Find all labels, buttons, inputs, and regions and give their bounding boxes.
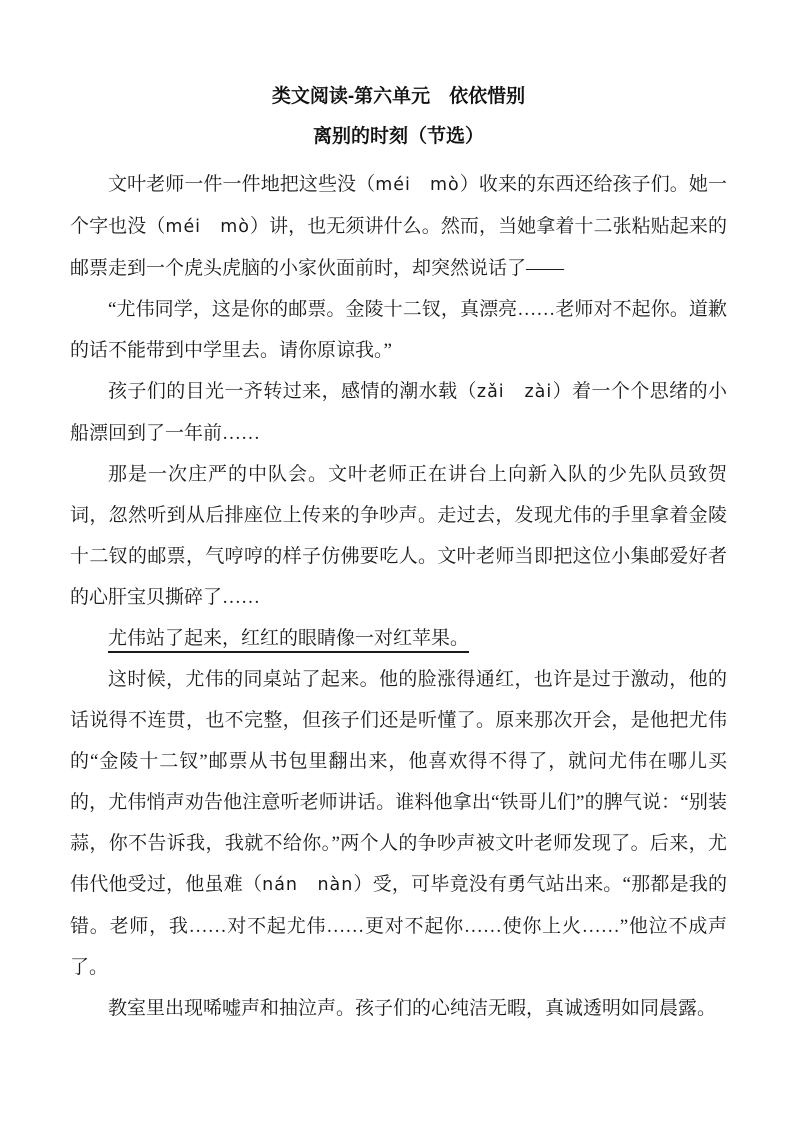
pinyin-annotation: méi [165,217,201,237]
article-title: 类文阅读-第六单元 依依惜别 [70,86,727,108]
article-paragraph: 文叶老师一件一件地把这些没（méi mò）收来的东西还给孩子们。她一个字也没（m… [70,164,727,289]
article-paragraph-underlined: 尤伟站了起来，红红的眼睛像一对红苹果。 [70,618,727,659]
article-subtitle: 离别的时刻（节选） [70,126,727,148]
pinyin-annotation: mò [220,217,250,237]
article-body: 文叶老师一件一件地把这些没（méi mò）收来的东西还给孩子们。她一个字也没（m… [70,164,727,1029]
document-page: 类文阅读-第六单元 依依惜别 离别的时刻（节选） 文叶老师一件一件地把这些没（m… [0,0,793,1122]
article-paragraph: 那是一次庄严的中队会。文叶老师正在讲台上向新入队的少先队员致贺词，忽然听到从后排… [70,454,727,618]
pinyin-annotation: nàn [317,875,353,895]
pinyin-annotation: nán [262,875,298,895]
pinyin-annotation: zǎi [477,382,505,402]
article-paragraph: 教室里出现唏嘘声和抽泣声。孩子们的心纯洁无暇，真诚透明如同晨露。 [70,988,727,1029]
pinyin-annotation: mò [430,175,460,195]
article-paragraph: “尤伟同学，这是你的邮票。金陵十二钗，真漂亮……老师对不起你。道歉的话不能带到中… [70,289,727,371]
article-paragraph: 孩子们的目光一齐转过来，感情的潮水载（zǎi zài）着一个个思绪的小船漂回到了… [70,371,727,454]
pinyin-annotation: méi [375,175,411,195]
article-paragraph: 这时候，尤伟的同桌站了起来。他的脸涨得通红，也许是过于激动，他的话说得不连贯，也… [70,659,727,988]
pinyin-annotation: zài [525,382,553,402]
